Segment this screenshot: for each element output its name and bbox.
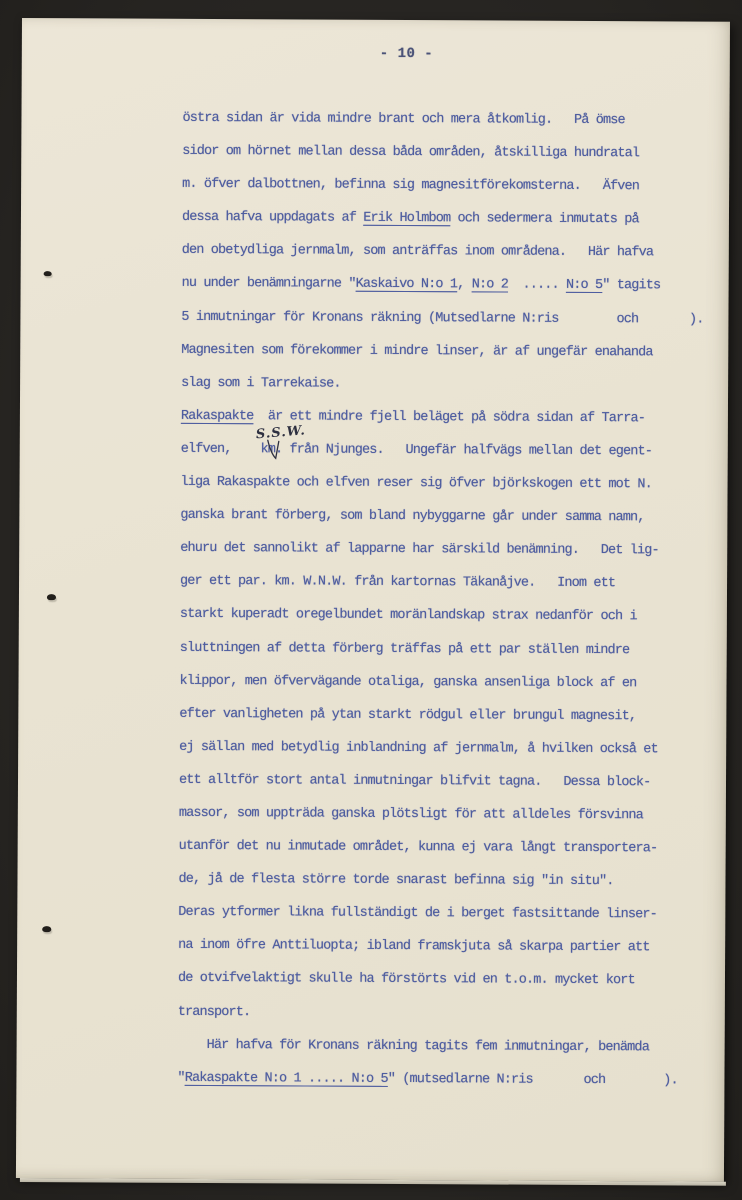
text-line: 5 inmutningar för Kronans räkning (Mutse… [181, 300, 721, 336]
text-line: "Rakaspakte N:o 1 ..... N:o 5" (mutsedla… [177, 1062, 717, 1098]
text-line: klippor, men öfvervägande otaliga, gansk… [179, 664, 719, 700]
text-line: sluttningen af detta förberg träffas på … [180, 631, 720, 667]
text-line: ett alltför stort antal inmutningar blif… [179, 764, 719, 800]
document-page: - 10 - östra sidan är vida mindre brant … [16, 18, 730, 1182]
ink-speck [47, 594, 56, 600]
text-line: dessa hafva uppdagats af Erik Holmbom oc… [182, 201, 722, 237]
text-line: de otvifvelaktigt skulle ha förstörts vi… [178, 962, 718, 998]
text-line: m. öfver dalbottnen, befinna sig magnesi… [182, 168, 722, 204]
text-line: ganska brant förberg, som bland nybyggar… [180, 499, 720, 535]
text-line: starkt kuperadt oregelbundet moränlandsk… [180, 598, 720, 634]
text-line: de, jå de flesta större torde snarast be… [178, 863, 718, 899]
insertion-caret-icon [266, 439, 286, 461]
text-line: na inom öfre Anttiluopta; ibland framskj… [178, 929, 718, 965]
text-line: Magnesiten som förekommer i mindre linse… [181, 333, 721, 369]
text-line: Här hafva för Kronans räkning tagits fem… [178, 1028, 718, 1064]
text-line: utanför det nu inmutade området, kunna e… [179, 830, 719, 866]
text-line: ger ett par. km. W.N.W. från kartornas T… [180, 565, 720, 601]
text-line: massor, som uppträda ganska plötsligt fö… [179, 797, 719, 833]
handwritten-annotation: S.S.W. [256, 425, 306, 440]
text-line: ehuru det sannolikt af lapparne har särs… [180, 532, 720, 568]
text-line: transport. [178, 995, 718, 1031]
ink-speck [44, 271, 52, 276]
text-line: den obetydliga jernmalm, som anträffas i… [182, 234, 722, 270]
text-line: slag som i Tarrekaise. [181, 367, 721, 403]
scanner-background: - 10 - östra sidan är vida mindre brant … [0, 0, 742, 1200]
text-line: Deras ytformer likna fullständigt de i b… [178, 896, 718, 932]
text-lines: östra sidan är vida mindre brant och mer… [177, 102, 722, 1098]
text-line: liga Rakaspakte och elfven reser sig öfv… [180, 466, 720, 502]
text-line: efter vanligheten på ytan starkt rödgul … [179, 698, 719, 734]
text-line: sidor om hörnet mellan dessa båda område… [182, 135, 722, 171]
text-line: ej sällan med betydlig inblandning af je… [179, 731, 719, 767]
page-number: - 10 - [380, 46, 434, 62]
text-line: nu under benämningarne "Kaskaivo N:o 1, … [182, 267, 722, 303]
text-line: östra sidan är vida mindre brant och mer… [182, 102, 722, 138]
ink-speck [42, 926, 51, 932]
